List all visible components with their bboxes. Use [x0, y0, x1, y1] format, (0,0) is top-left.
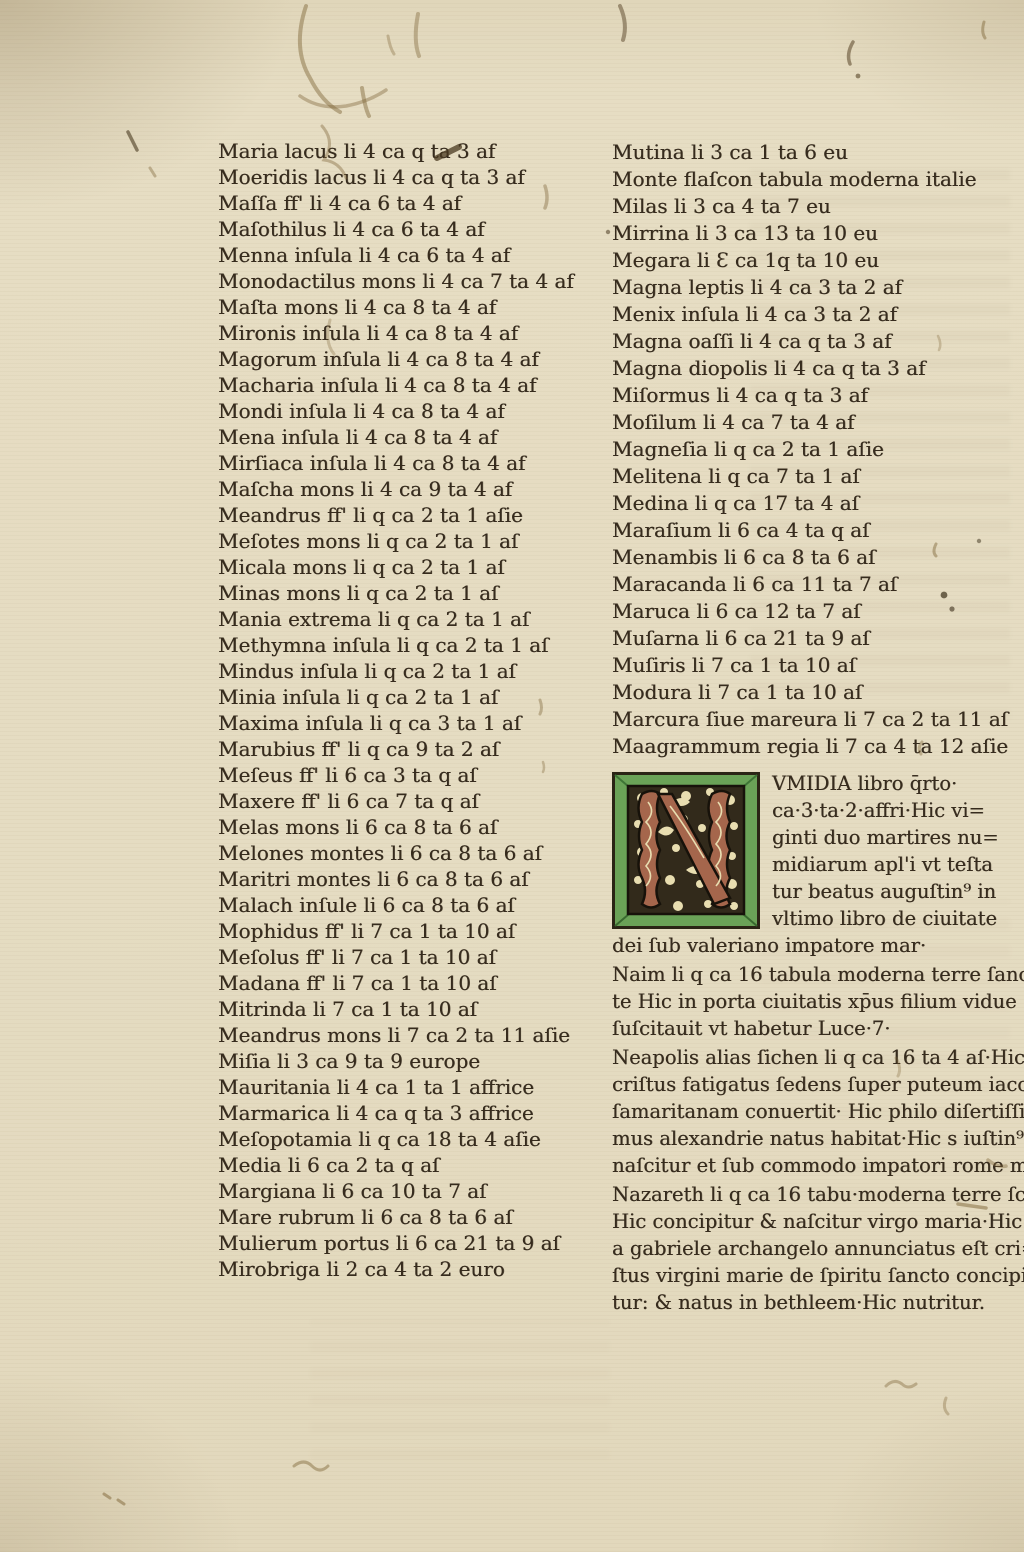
index-entry: Marcura ſiue mareura li 7 ca 2 ta 11 aſ: [612, 706, 1020, 733]
index-entry: Monodactilus mons li 4 ca 7 ta 4 af: [218, 268, 618, 294]
index-entry: Mania extrema li q ca 2 ta 1 aſ: [218, 606, 618, 632]
index-entry: Maritri montes li 6 ca 8 ta 6 aſ: [218, 866, 618, 892]
paragraph-line: a gabriele archangelo annunciatus eſt cr…: [612, 1235, 1020, 1262]
manuscript-page: Maria lacus li 4 ca q ta 3 afMoeridis la…: [0, 0, 1024, 1552]
numidia-text-line: dei ſub valeriano impatore mar·: [612, 932, 1020, 959]
paragraph-line: tur: & natus in bethleem·Hic nutritur.: [612, 1289, 1020, 1316]
index-entry: Magorum inſula li 4 ca 8 ta 4 af: [218, 346, 618, 372]
index-entry: Medina li q ca 17 ta 4 aſ: [612, 490, 1020, 517]
index-entry: Mare rubrum li 6 ca 8 ta 6 aſ: [218, 1204, 618, 1230]
index-entry: Maraſium li 6 ca 4 ta q aſ: [612, 517, 1020, 544]
index-entry: Maria lacus li 4 ca q ta 3 af: [218, 138, 618, 164]
index-entry: Maruca li 6 ca 12 ta 7 aſ: [612, 598, 1020, 625]
index-entry: Mironis inſula li 4 ca 8 ta 4 af: [218, 320, 618, 346]
index-entry: Magna diopolis li 4 ca q ta 3 af: [612, 355, 1020, 382]
index-entry: Meſopotamia li q ca 18 ta 4 aſie: [218, 1126, 618, 1152]
index-entry: Mondi inſula li 4 ca 8 ta 4 af: [218, 398, 618, 424]
paragraph-line: ſamaritanam conuertit· Hic philo diſerti…: [612, 1098, 1020, 1125]
index-entry: Mena inſula li 4 ca 8 ta 4 af: [218, 424, 618, 450]
index-entry: Megara li Ɛ ca 1q ta 10 eu: [612, 247, 1020, 274]
index-entry: Moſilum li 4 ca 7 ta 4 af: [612, 409, 1020, 436]
paragraph-line: ſtus virgini marie de ſpiritu ſancto con…: [612, 1262, 1020, 1289]
index-entry: Madana ff' li 7 ca 1 ta 10 aſ: [218, 970, 618, 996]
index-entry: Maracanda li 6 ca 11 ta 7 aſ: [612, 571, 1020, 598]
index-entry: Meſolus ff' li 7 ca 1 ta 10 aſ: [218, 944, 618, 970]
index-entry: Melas mons li 6 ca 8 ta 6 aſ: [218, 814, 618, 840]
paragraph-line: criſtus fatigatus ſedens ſuper puteum ia…: [612, 1071, 1020, 1098]
index-entry: Menna inſula li 4 ca 6 ta 4 af: [218, 242, 618, 268]
naim-paragraph: Naim li q ca 16 tabula moderna terre ſan…: [612, 961, 1020, 1042]
index-entry: Mirrina li 3 ca 13 ta 10 eu: [612, 220, 1020, 247]
index-entry: Magneſia li q ca 2 ta 1 aſie: [612, 436, 1020, 463]
index-entry: Maſcha mons li 4 ca 9 ta 4 af: [218, 476, 618, 502]
index-entry: Margiana li 6 ca 10 ta 7 aſ: [218, 1178, 618, 1204]
index-entry: Meandrus mons li 7 ca 2 ta 11 aſie: [218, 1022, 618, 1048]
paragraph-line: naſcitur et ſub commodo impatori rome m·: [612, 1152, 1020, 1179]
index-entry: Mulierum portus li 6 ca 21 ta 9 aſ: [218, 1230, 618, 1256]
index-entry: Mirobriga li 2 ca 4 ta 2 euro: [218, 1256, 618, 1282]
index-column-left: Maria lacus li 4 ca q ta 3 afMoeridis la…: [218, 138, 618, 1282]
index-entry: Meſeus ff' li 6 ca 3 ta q aſ: [218, 762, 618, 788]
numidia-entry: VMIDIA libro q̄rto·ca·3·ta·2·affri·Hic v…: [612, 770, 1020, 1316]
index-entry: Mauritania li 4 ca 1 ta 1 affrice: [218, 1074, 618, 1100]
index-entry: Moeridis lacus li 4 ca q ta 3 af: [218, 164, 618, 190]
neapolis-paragraph: Neapolis alias ſichen li q ca 16 ta 4 aſ…: [612, 1044, 1020, 1179]
paragraph-line: Nazareth li q ca 16 tabu·moderna terre ſ…: [612, 1181, 1020, 1208]
index-entry: Melitena li q ca 7 ta 1 aſ: [612, 463, 1020, 490]
decorated-initial-N-woodcut: [612, 772, 760, 929]
index-entry: Melones montes li 6 ca 8 ta 6 aſ: [218, 840, 618, 866]
index-entry: Maxere ff' li 6 ca 7 ta q aſ: [218, 788, 618, 814]
index-entry: Miſormus li 4 ca q ta 3 af: [612, 382, 1020, 409]
index-entry: Monte flaſcon tabula moderna italie: [612, 166, 1020, 193]
index-entry: Maxima inſula li q ca 3 ta 1 aſ: [218, 710, 618, 736]
index-entry: Magna oaſſi li 4 ca q ta 3 af: [612, 328, 1020, 355]
index-entry: Meſotes mons li q ca 2 ta 1 aſ: [218, 528, 618, 554]
index-entry: Minas mons li q ca 2 ta 1 aſ: [218, 580, 618, 606]
index-entry: Malach inſule li 6 ca 8 ta 6 aſ: [218, 892, 618, 918]
paragraph-line: ſuſcitauit vt habetur Luce·7·: [612, 1015, 1020, 1042]
index-entry: Maagrammum regia li 7 ca 4 ta 12 aſie: [612, 733, 1020, 760]
index-entry: Micala mons li q ca 2 ta 1 aſ: [218, 554, 618, 580]
index-entry: Miſia li 3 ca 9 ta 9 europe: [218, 1048, 618, 1074]
index-entry: Maſta mons li 4 ca 8 ta 4 af: [218, 294, 618, 320]
index-entry: Marmarica li 4 ca q ta 3 affrice: [218, 1100, 618, 1126]
nazareth-paragraph: Nazareth li q ca 16 tabu·moderna terre ſ…: [612, 1181, 1020, 1316]
index-entry: Mindus inſula li q ca 2 ta 1 aſ: [218, 658, 618, 684]
paragraph-line: te Hic in porta ciuitatis xp̄us filium v…: [612, 988, 1020, 1015]
index-entry: Marubius ff' li q ca 9 ta 2 aſ: [218, 736, 618, 762]
index-entry: Minia inſula li q ca 2 ta 1 aſ: [218, 684, 618, 710]
index-entry: Mirſiaca inſula li 4 ca 8 ta 4 af: [218, 450, 618, 476]
index-entry: Macharia inſula li 4 ca 8 ta 4 af: [218, 372, 618, 398]
index-entry: Mophidus ff' li 7 ca 1 ta 10 aſ: [218, 918, 618, 944]
index-entry: Meandrus ff' li q ca 2 ta 1 aſie: [218, 502, 618, 528]
index-entry: Maſſa ff' li 4 ca 6 ta 4 af: [218, 190, 618, 216]
index-entry: Menix inſula li 4 ca 3 ta 2 af: [612, 301, 1020, 328]
index-entry: Mitrinda li 7 ca 1 ta 10 aſ: [218, 996, 618, 1022]
index-entry: Muſarna li 6 ca 21 ta 9 aſ: [612, 625, 1020, 652]
index-entry: Muſiris li 7 ca 1 ta 10 aſ: [612, 652, 1020, 679]
paragraph-line: Neapolis alias ſichen li q ca 16 ta 4 aſ…: [612, 1044, 1020, 1071]
index-entry: Menambis li 6 ca 8 ta 6 aſ: [612, 544, 1020, 571]
index-entry: Methymna inſula li q ca 2 ta 1 aſ: [218, 632, 618, 658]
index-entry: Milas li 3 ca 4 ta 7 eu: [612, 193, 1020, 220]
index-entry: Maſothilus li 4 ca 6 ta 4 af: [218, 216, 618, 242]
paragraph-line: Hic concipitur & naſcitur virgo maria·Hi…: [612, 1208, 1020, 1235]
index-entry: Modura li 7 ca 1 ta 10 aſ: [612, 679, 1020, 706]
index-entry: Mutina li 3 ca 1 ta 6 eu: [612, 139, 1020, 166]
verso-showthrough: [310, 1320, 610, 1460]
index-column-right: Mutina li 3 ca 1 ta 6 euMonte flaſcon ta…: [612, 139, 1020, 760]
paragraph-line: Naim li q ca 16 tabula moderna terre ſan…: [612, 961, 1020, 988]
index-entry: Media li 6 ca 2 ta q aſ: [218, 1152, 618, 1178]
paragraph-line: mus alexandrie natus habitat·Hic s iuſti…: [612, 1125, 1020, 1152]
index-entry: Magna leptis li 4 ca 3 ta 2 af: [612, 274, 1020, 301]
